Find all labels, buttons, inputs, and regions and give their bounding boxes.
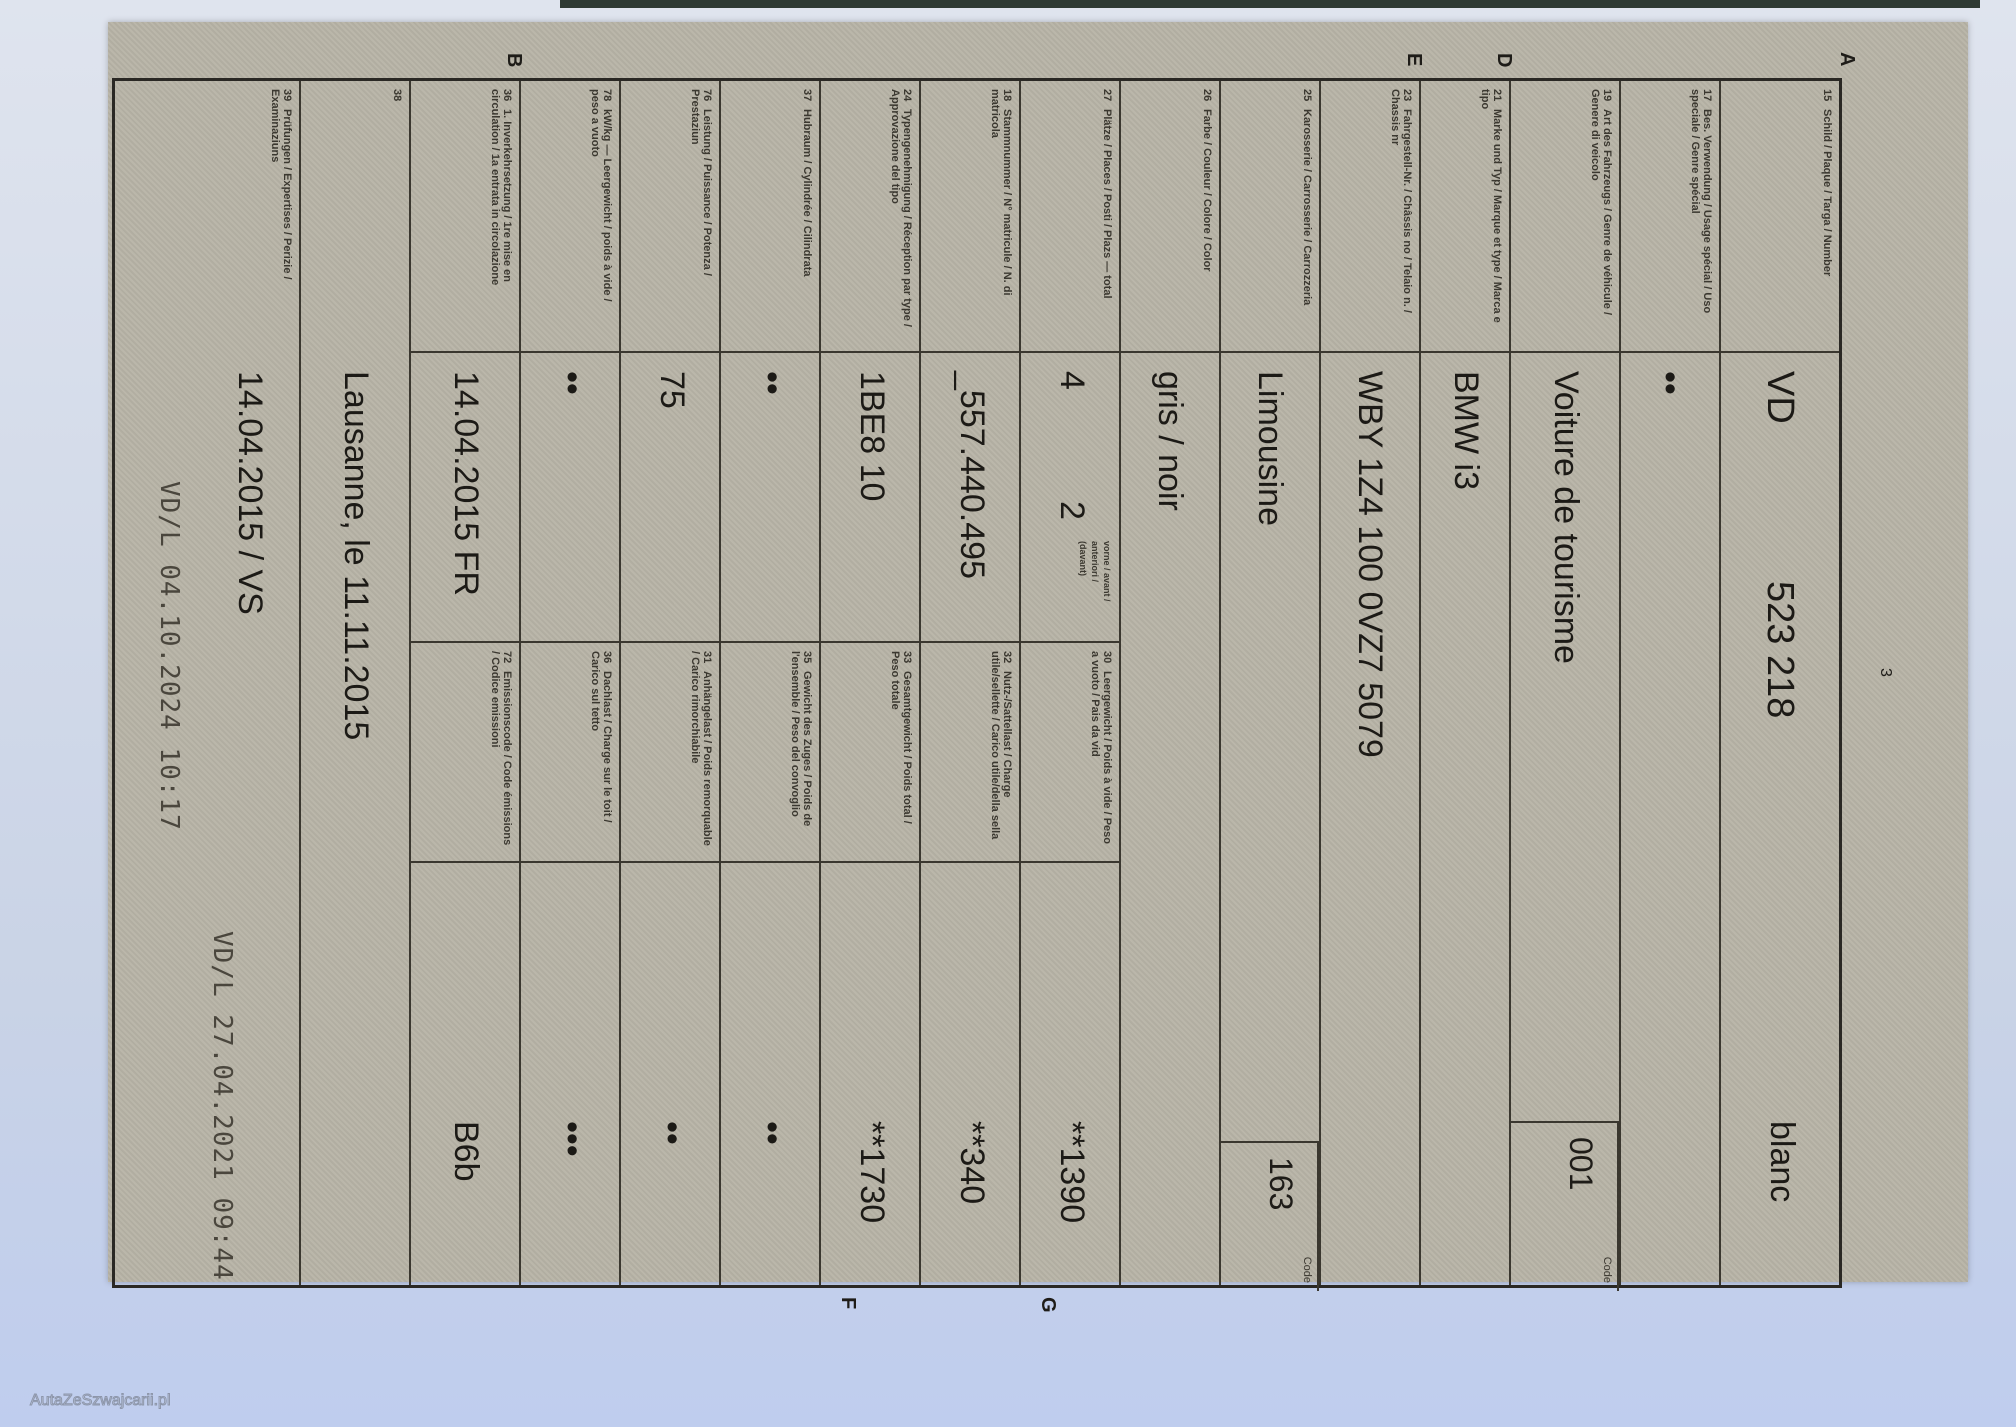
body-code: Code 163 bbox=[1219, 1141, 1319, 1291]
row-color: 26Farbe / Couleur / Colore / Color gris … bbox=[1119, 81, 1219, 1285]
color-value: gris / noir bbox=[1150, 371, 1189, 511]
power-value: 75 bbox=[652, 371, 691, 409]
vehicle-type-value: Voiture de tourisme bbox=[1546, 371, 1585, 664]
vehicle-registration-document: A 3 15Schild / Plaque / Targa / Number V… bbox=[102, 48, 1862, 1298]
chassis-value: WBY 1Z4 100 0VZ7 5079 bbox=[1350, 371, 1389, 758]
watermark: AutaZeSzwajcarii.pl bbox=[30, 1392, 171, 1410]
type-approval-value: 1BE8 10 bbox=[852, 371, 891, 501]
make-model-value: BMW i3 bbox=[1446, 371, 1485, 490]
kerb-weight-value: **1390 bbox=[1052, 1121, 1091, 1223]
row-approval-gross: F 24Typengenehmigung / Réception par typ… bbox=[819, 81, 919, 1285]
emission-code-value: B6b bbox=[446, 1121, 485, 1182]
stamp-2021: VD/L 27.04.2021 09:44 bbox=[207, 931, 237, 1281]
document-frame: 15Schild / Plaque / Targa / Number VD 52… bbox=[112, 78, 1842, 1288]
row-chassis: E 23Fahrgestell-Nr. / Châssis no / Telai… bbox=[1319, 81, 1419, 1285]
gross-weight-value: **1730 bbox=[852, 1121, 891, 1223]
place-date-value: Lausanne, le 11.11.2015 bbox=[336, 371, 375, 740]
section-marker-a: A bbox=[1835, 52, 1858, 66]
plate-canton: VD bbox=[1758, 371, 1801, 424]
row-make-model: D 21Marke und Typ / Marque et type / Mar… bbox=[1419, 81, 1509, 1285]
seats-front: 2 bbox=[1052, 501, 1091, 520]
registry-number: _557.440.495 bbox=[952, 371, 991, 579]
row-power: 76Leistung / Puissance / Potenza / Prest… bbox=[619, 81, 719, 1285]
row-vehicle-type: 19Art des Fahrzeugs / Genre de véhicule … bbox=[1509, 81, 1619, 1285]
row-special-use: 17Bes. Verwendung / Usage spécial / Uso … bbox=[1619, 81, 1719, 1285]
first-registration-value: 14.04.2015 FR bbox=[446, 371, 485, 596]
row-seats-weight: G 27Plätze / Places / Posti / Plazs — to… bbox=[1019, 81, 1119, 1285]
body-value: Limousine bbox=[1250, 371, 1289, 526]
seats-total: 4 bbox=[1052, 371, 1091, 390]
row-body: 25Karosserie / Carrosserie / Carrozzeria… bbox=[1219, 81, 1319, 1285]
row-inspections: 39Prüfungen / Expertises / Perizie / Exa… bbox=[112, 81, 299, 1285]
row-place-date: 38 Lausanne, le 11.11.2015 bbox=[299, 81, 409, 1285]
plate-color: blanc bbox=[1762, 1121, 1801, 1202]
stamp-2024: VD/L 04.10.2024 10:17 bbox=[154, 481, 184, 831]
vehicle-type-code: Code 001 bbox=[1509, 1121, 1619, 1291]
inspection-value: 14.04.2015 / VS bbox=[230, 371, 269, 615]
photo-background-strip bbox=[560, 0, 1980, 8]
row-power-weight: 78kW/kg — Leergewicht / poids à vide / p… bbox=[519, 81, 619, 1285]
row-plate: 15Schild / Plaque / Targa / Number VD 52… bbox=[1719, 81, 1839, 1285]
row-first-registration: B 361. Inverkehrsetzung / 1re mise en ci… bbox=[409, 81, 519, 1285]
row-displacement: 37Hubraum / Cylindrée / Cilindrata •• 35… bbox=[719, 81, 819, 1285]
plate-number: 523 218 bbox=[1758, 581, 1801, 718]
payload-value: **340 bbox=[952, 1121, 991, 1204]
page-number: 3 bbox=[1876, 668, 1894, 677]
row-registry-payload: 18Stammnummer / N° matricule / N. di mat… bbox=[919, 81, 1019, 1285]
